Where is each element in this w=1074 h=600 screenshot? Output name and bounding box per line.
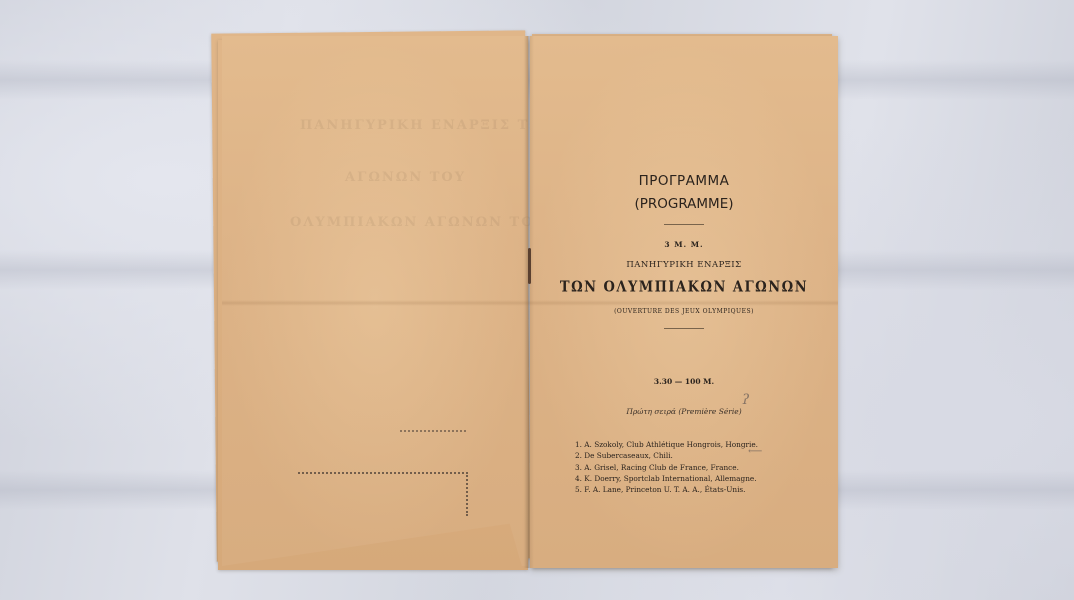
- series-heading: Πρώτη σειρά (Première Série): [530, 407, 838, 416]
- stamp-box: [298, 472, 468, 516]
- divider: [664, 224, 704, 225]
- entrant-item: 5. F. A. Lane, Princeton U. T. A. A., Ét…: [575, 484, 835, 495]
- entrant-item: 4. K. Doerry, Sportclab International, A…: [575, 473, 835, 484]
- games-title: ΤΩΝ ΟΛΥΜΠΙΑΚΩΝ ΑΓΩΝΩΝ: [530, 279, 838, 296]
- pencil-mark: ⟵: [748, 446, 762, 457]
- entrant-item: 2. De Subercaseaux, Chili.: [575, 450, 835, 461]
- stamp-mark: [400, 430, 466, 440]
- entrant-item: 1. A. Szokoly, Club Athlétique Hongrois,…: [575, 439, 835, 450]
- time-heading: 3 Μ. Μ.: [530, 240, 838, 249]
- pencil-mark: ʔ: [742, 392, 750, 408]
- event-heading: 3.30 — 100 Μ.: [530, 377, 838, 386]
- ceremony-heading: ΠΑΝΗΓΥΡΙΚΗ ΕΝΑΡΞΙΣ: [530, 260, 838, 270]
- program-title: ΠΡΟΓΡΑΜΜΑ: [530, 173, 838, 189]
- divider: [664, 328, 704, 329]
- entrant-item: 3. A. Grisel, Racing Club de France, Fra…: [575, 462, 835, 473]
- horizontal-crease: [222, 300, 838, 306]
- entrant-list: 1. A. Szokoly, Club Athlétique Hongrois,…: [575, 439, 835, 495]
- bleed-through-text: ΑΓΩΝΩΝ ΤΟΥ: [345, 170, 466, 185]
- program-booklet: ΠΑΝΗΓΥΡΙΚΗ ΕΝΑΡΞΙΣ ΤΩΝ ΑΓΩΝΩΝ ΤΟΥ ΟΛΥΜΠΙ…: [0, 0, 1074, 600]
- program-subtitle: (PROGRAMME): [530, 196, 838, 212]
- games-title-french: (OUVERTURE DES JEUX OLYMPIQUES): [530, 308, 838, 315]
- bleed-through-text: ΠΑΝΗΓΥΡΙΚΗ ΕΝΑΡΞΙΣ ΤΩΝ: [300, 118, 557, 133]
